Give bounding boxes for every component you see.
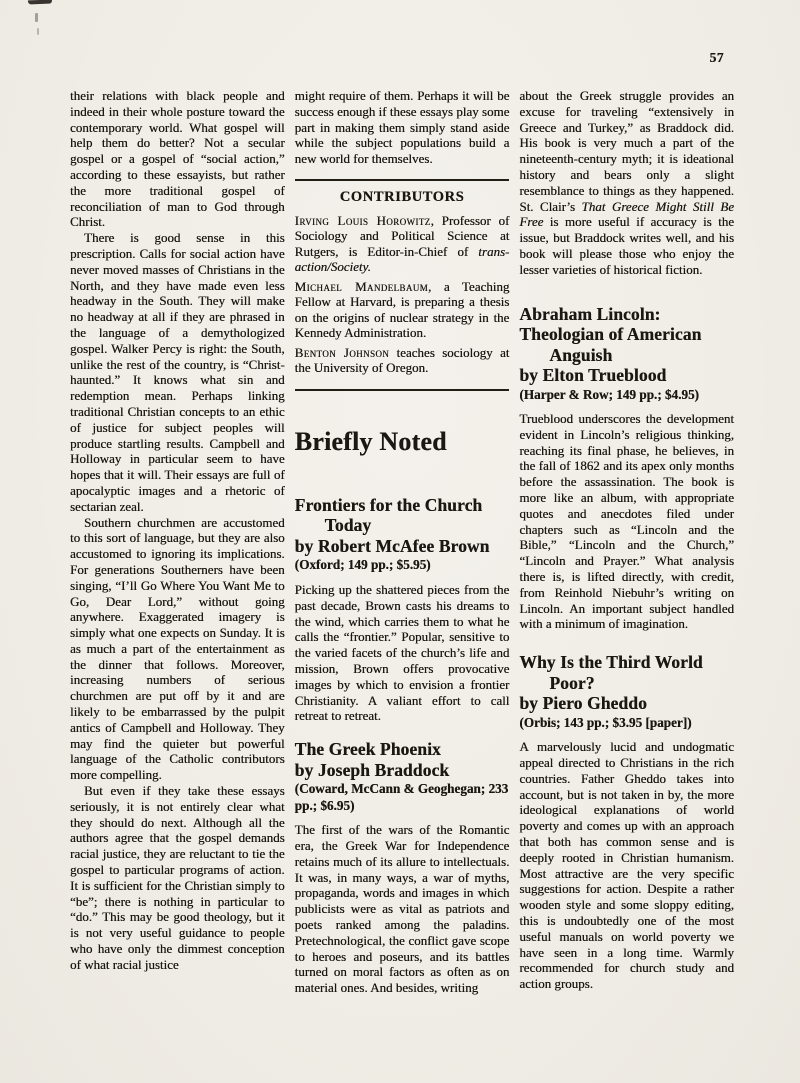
review-byline: by Robert McAfee Brown xyxy=(295,536,510,557)
review-byline: by Piero Gheddo xyxy=(519,693,734,714)
text-segment: about the Greek struggle provides an exc… xyxy=(519,88,734,214)
review-title-line: Frontiers for the Church xyxy=(295,495,510,516)
magazine-page: 57 their relations with black people and… xyxy=(0,0,800,1083)
paragraph: But even if they take these essays serio… xyxy=(70,783,285,973)
scan-speck xyxy=(37,28,39,35)
review-publisher: (Orbis; 143 pp.; $3.95 [paper]) xyxy=(519,715,734,732)
paragraph: about the Greek struggle provides an exc… xyxy=(519,88,734,278)
column-left: their relations with black people and in… xyxy=(70,88,285,1011)
contributor-entry: Irving Louis Horowitz, Professor of Soci… xyxy=(295,213,510,275)
page-number: 57 xyxy=(710,50,725,66)
review-abraham-lincoln: Abraham Lincoln: Theologian of American … xyxy=(519,304,734,633)
review-byline: by Joseph Braddock xyxy=(295,760,510,781)
review-title-line: Why Is the Third World xyxy=(519,652,734,673)
review-greek-phoenix: The Greek Phoenix by Joseph Braddock (Co… xyxy=(295,739,510,996)
contributor-name: Irving Louis Horowitz xyxy=(295,213,431,228)
paragraph: might require of them. Perhaps it will b… xyxy=(295,88,510,167)
review-title-line: Poor? xyxy=(519,673,734,694)
contributor-entry: Benton Johnson teaches sociology at the … xyxy=(295,345,510,376)
review-frontiers: Frontiers for the Church Today by Robert… xyxy=(295,495,510,724)
review-publisher: (Oxford; 149 pp.; $5.95) xyxy=(295,557,510,574)
paragraph: their relations with black people and in… xyxy=(70,88,285,230)
review-title-line: The Greek Phoenix xyxy=(295,739,510,760)
contributor-name: Michael Mandelbaum xyxy=(295,279,428,294)
review-body: A marvelously lucid and undogmatic appea… xyxy=(519,739,734,992)
review-byline: by Elton Trueblood xyxy=(519,365,734,386)
review-title-line: Anguish xyxy=(519,345,734,366)
review-publisher: (Harper & Row; 149 pp.; $4.95) xyxy=(519,387,734,404)
review-title-line: Theologian of American xyxy=(519,324,734,345)
paragraph: Southern churchmen are accustomed to thi… xyxy=(70,515,285,784)
paragraph: There is good sense in this prescription… xyxy=(70,230,285,514)
contributors-heading: CONTRIBUTORS xyxy=(295,189,510,206)
text-columns: their relations with black people and in… xyxy=(70,88,734,1011)
column-middle: might require of them. Perhaps it will b… xyxy=(295,88,510,1011)
review-body: Trueblood underscores the development ev… xyxy=(519,411,734,632)
review-title-line: Today xyxy=(295,515,510,536)
review-title-line: Abraham Lincoln: xyxy=(519,304,734,325)
contributor-name: Benton Johnson xyxy=(295,345,390,360)
review-publisher: (Coward, McCann & Geoghegan; 233 pp.; $6… xyxy=(295,781,510,814)
text-segment: is more useful if accuracy is the issue,… xyxy=(519,214,734,276)
section-heading-briefly-noted: Briefly Noted xyxy=(295,427,510,457)
contributor-entry: Michael Mandelbaum, a Teaching Fellow at… xyxy=(295,279,510,341)
contributors-section: CONTRIBUTORS Irving Louis Horowitz, Prof… xyxy=(295,179,510,391)
review-third-world-poor: Why Is the Third World Poor? by Piero Gh… xyxy=(519,652,734,992)
review-body: Picking up the shattered pieces from the… xyxy=(295,582,510,724)
column-right: about the Greek struggle provides an exc… xyxy=(519,88,734,1011)
review-body: The first of the wars of the Romantic er… xyxy=(295,822,510,996)
scan-speck xyxy=(35,13,38,22)
scan-smudge xyxy=(28,0,52,4)
